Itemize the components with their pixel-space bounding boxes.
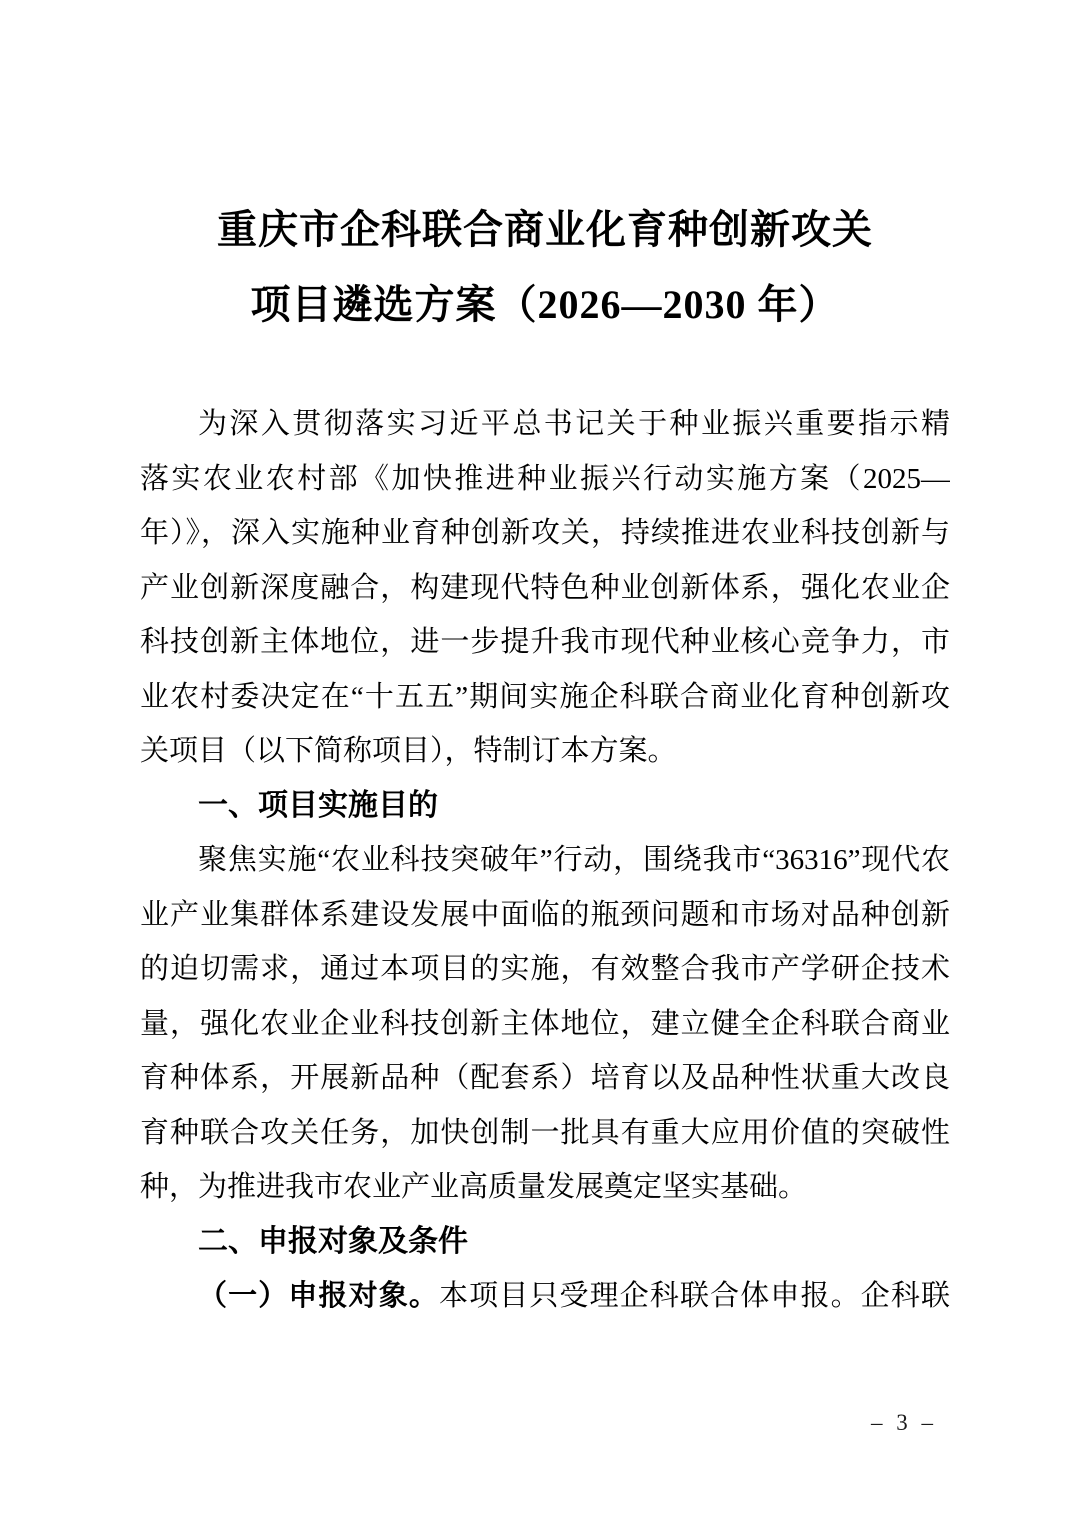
body-line: 聚焦实施“农业科技突破年”行动，围绕我市“36316”现代农 [140, 833, 950, 888]
body-line: 业产业集群体系建设发展中面临的瓶颈问题和市场对品种创新 [140, 888, 950, 943]
document-title: 重庆市企科联合商业化育种创新攻关 项目遴选方案（2026—2030 年） [140, 192, 950, 342]
body-line: 科技创新主体地位，进一步提升我市现代种业核心竞争力，市农 [140, 615, 950, 670]
body-line: 落实农业农村部《加快推进种业振兴行动实施方案（2025—2027 [140, 452, 950, 507]
document-content: 重庆市企科联合商业化育种创新攻关 项目遴选方案（2026—2030 年） 为深入… [140, 0, 950, 1324]
body-line: 产业创新深度融合，构建现代特色种业创新体系，强化农业企业 [140, 561, 950, 616]
body-line: 关项目（以下简称项目），特制订本方案。 [140, 724, 950, 779]
document-page: 重庆市企科联合商业化育种创新攻关 项目遴选方案（2026—2030 年） 为深入… [0, 0, 1074, 1520]
body-line: 年）》，深入实施种业育种创新攻关，持续推进农业科技创新与 [140, 506, 950, 561]
page-number: – 3 – [871, 1410, 937, 1436]
body-line: 业农村委决定在“十五五”期间实施企科联合商业化育种创新攻 [140, 670, 950, 725]
body-line: 量，强化农业企业科技创新主体地位，建立健全企科联合商业化 [140, 997, 950, 1052]
section-2-heading: 二、申报对象及条件 [140, 1215, 950, 1270]
section-1-heading: 一、项目实施目的 [140, 779, 950, 834]
body-line: 育种联合攻关任务，加快创制一批具有重大应用价值的突破性品 [140, 1106, 950, 1161]
document-body: 为深入贯彻落实习近平总书记关于种业振兴重要指示精神， 落实农业农村部《加快推进种… [140, 397, 950, 1324]
document-title-line1: 重庆市企科联合商业化育种创新攻关 [140, 192, 950, 267]
body-line: 种，为推进我市农业产业高质量发展奠定坚实基础。 [140, 1160, 950, 1215]
clause-lead: （一）申报对象。 [198, 1280, 439, 1312]
body-line: （一）申报对象。本项目只受理企科联合体申报。企科联合 [140, 1269, 950, 1324]
body-line: 为深入贯彻落实习近平总书记关于种业振兴重要指示精神， [140, 397, 950, 452]
document-title-line2: 项目遴选方案（2026—2030 年） [140, 267, 950, 342]
body-line: 育种体系，开展新品种（配套系）培育以及品种性状重大改良等 [140, 1051, 950, 1106]
body-line: 的迫切需求，通过本项目的实施，有效整合我市产学研企技术力 [140, 942, 950, 997]
